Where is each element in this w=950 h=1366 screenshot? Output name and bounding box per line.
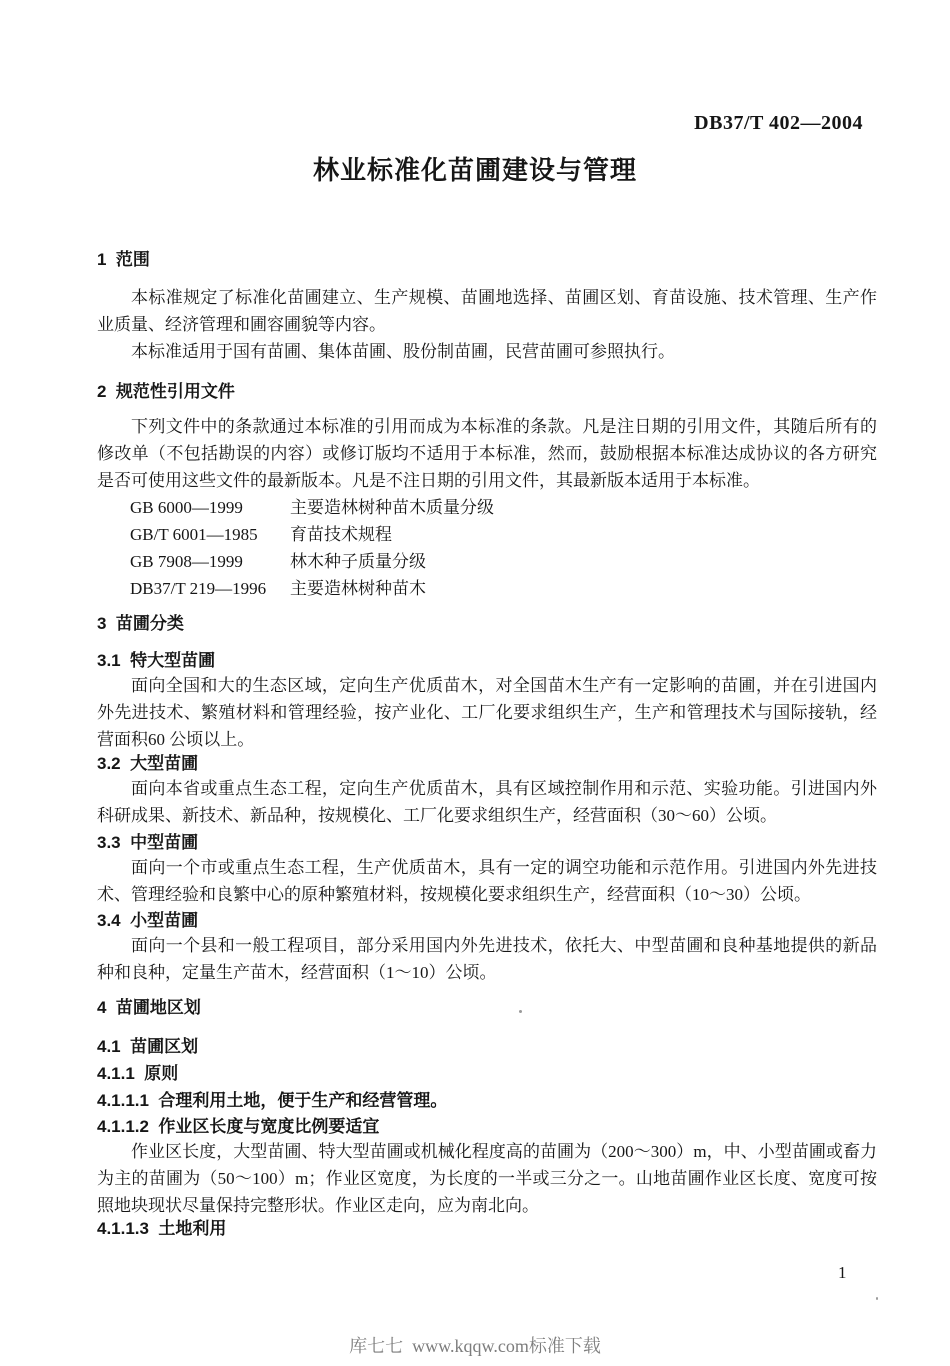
page-number: 1 (838, 1262, 847, 1284)
footer-watermark: 库七七 www.kqqw.com标准下载 (0, 1332, 950, 1358)
scanned-document-page: DB37/T 402—2004 林业标准化苗圃建设与管理 1 范围 本标准规定了… (0, 0, 950, 1366)
reference-name: 育苗技术规程 (290, 521, 877, 548)
section-2-paragraph-1: 下列文件中的条款通过本标准的引用而成为本标准的条款。凡是注日期的引用文件，其随后… (97, 413, 877, 494)
section-2-heading: 2 规范性引用文件 (97, 378, 877, 405)
section-4-1-1-3-heading: 4.1.1.3 土地利用 (97, 1215, 877, 1242)
reference-item: GB/T 6001—1985 育苗技术规程 (130, 521, 877, 548)
normative-references-list: GB 6000—1999 主要造林树种苗木质量分级 GB/T 6001—1985… (97, 494, 877, 602)
section-3-3-heading: 3.3 中型苗圃 (97, 829, 877, 856)
reference-name: 主要造林树种苗木 (290, 575, 877, 602)
section-3-heading: 3 苗圃分类 (97, 610, 877, 637)
reference-item: DB37/T 219—1996 主要造林树种苗木 (130, 575, 877, 602)
section-3-2-heading: 3.2 大型苗圃 (97, 750, 877, 777)
standard-code: DB37/T 402—2004 (694, 112, 863, 135)
reference-item: GB 7908—1999 林木种子质量分级 (130, 548, 877, 575)
section-3-1-paragraph: 面向全国和大的生态区域，定向生产优质苗木，对全国苗木生产有一定影响的苗圃，并在引… (97, 672, 877, 753)
section-4-1-1-2-heading: 4.1.1.2 作业区长度与宽度比例要适宜 (97, 1113, 877, 1140)
section-3-2-paragraph: 面向本省或重点生态工程，定向生产优质苗木，具有区域控制作用和示范、实验功能。引进… (97, 775, 877, 829)
section-3-3-paragraph: 面向一个市或重点生态工程，生产优质苗木，具有一定的调空功能和示范作用。引进国内外… (97, 854, 877, 908)
section-4-1-1-1-heading: 4.1.1.1 合理利用土地，便于生产和经营管理。 (97, 1087, 877, 1114)
section-3-4-heading: 3.4 小型苗圃 (97, 907, 877, 934)
section-4-1-heading: 4.1 苗圃区划 (97, 1033, 877, 1060)
section-3-4-paragraph: 面向一个县和一般工程项目，部分采用国内外先进技术，依托大、中型苗圃和良种基地提供… (97, 932, 877, 986)
section-1-heading: 1 范围 (97, 246, 877, 273)
section-1-paragraph-2: 本标准适用于国有苗圃、集体苗圃、股份制苗圃，民营苗圃可参照执行。 (97, 338, 877, 365)
scan-speck (876, 1297, 878, 1300)
scan-speck (519, 1010, 522, 1013)
reference-code: GB/T 6001—1985 (130, 521, 290, 548)
section-3-1-heading: 3.1 特大型苗圃 (97, 647, 877, 674)
section-4-heading: 4 苗圃地区划 (97, 994, 877, 1021)
reference-item: GB 6000—1999 主要造林树种苗木质量分级 (130, 494, 877, 521)
section-4-1-1-2-paragraph: 作业区长度，大型苗圃、特大型苗圃或机械化程度高的苗圃为（200～300）m，中、… (97, 1138, 877, 1219)
reference-code: DB37/T 219—1996 (130, 575, 290, 602)
reference-name: 主要造林树种苗木质量分级 (290, 494, 877, 521)
section-4-1-1-heading: 4.1.1 原则 (97, 1060, 877, 1087)
section-1-paragraph-1: 本标准规定了标准化苗圃建立、生产规模、苗圃地选择、苗圃区划、育苗设施、技术管理、… (97, 284, 877, 338)
reference-code: GB 6000—1999 (130, 494, 290, 521)
reference-name: 林木种子质量分级 (290, 548, 877, 575)
reference-code: GB 7908—1999 (130, 548, 290, 575)
document-title: 林业标准化苗圃建设与管理 (0, 150, 950, 187)
